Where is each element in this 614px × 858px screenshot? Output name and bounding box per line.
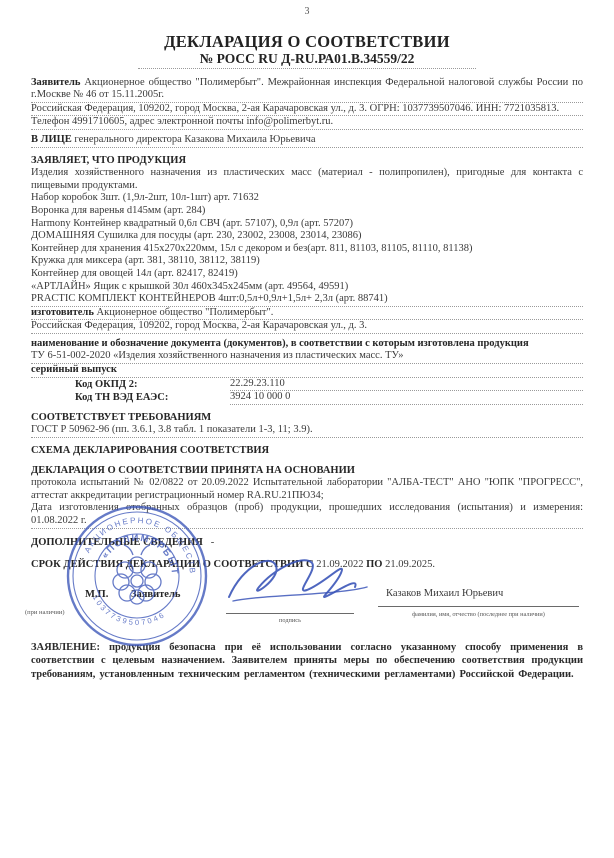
- product-item: PRACTIC КОМПЛЕКТ КОНТЕЙНЕРОВ 4шт:0,5л+0,…: [31, 293, 583, 307]
- signer-name-area: Казаков Михаил Юрьевич фамилия, имя, отч…: [378, 577, 583, 627]
- declaration-number: № РОСС RU Д-RU.РА01.В.34559/22: [138, 51, 477, 69]
- product-item: Harmony Контейнер квадратный 0,6л СВЧ (а…: [31, 218, 583, 231]
- product-description: Изделия хозяйственного назначения из пла…: [31, 167, 583, 192]
- mp-note: (при наличии): [25, 607, 65, 620]
- okpd-code-value: 22.29.23.110: [230, 378, 583, 392]
- manufacturer-name: Акционерное общество "Полимербыт".: [97, 307, 274, 318]
- signer-name: Казаков Михаил Юрьевич: [378, 577, 583, 601]
- applicant-contacts: Телефон 4991710605, адрес электронной по…: [31, 116, 583, 130]
- manufacturer-label: изготовитель: [31, 307, 94, 318]
- additional-info-value: -: [211, 537, 215, 548]
- applicant-label: Заявитель: [31, 77, 80, 88]
- document-basis-value: ТУ 6-51-002-2020 «Изделия хозяйственного…: [31, 350, 583, 364]
- product-item: Кружка для миксера (арт. 381, 38110, 381…: [31, 255, 583, 268]
- signer-name-caption: фамилия, имя, отчество (последнее при на…: [378, 609, 579, 622]
- basis-protocol: протокола испытаний № 02/0822 от 20.09.2…: [31, 477, 583, 502]
- scheme-heading: СХЕМА ДЕКЛАРИРОВАНИЯ СООТВЕТСТВИЯ: [31, 445, 583, 458]
- signer-name-line: [378, 606, 579, 607]
- declares-heading: ЗАЯВЛЯЕТ, ЧТО ПРОДУКЦИЯ: [31, 155, 583, 168]
- company-round-stamp: АКЦИОНЕРНОЕ ОБЩЕСТВО 1037739507046 «ПОЛИ…: [64, 503, 210, 649]
- product-item: Набор коробок 3шт. (1,9л-2шт, 10л-1шт) а…: [31, 192, 583, 205]
- declaration-number-row: № РОСС RU Д-RU.РА01.В.34559/22: [31, 51, 583, 69]
- product-item: Контейнер для хранения 415х270х220мм, 15…: [31, 243, 583, 256]
- document-title: ДЕКЛАРАЦИЯ О СООТВЕТСТВИИ: [31, 33, 583, 51]
- serial-release-label: серийный выпуск: [31, 364, 583, 378]
- product-list: Набор коробок 3шт. (1,9л-2шт, 10л-1шт) а…: [31, 192, 583, 306]
- applicant-address: Российская Федерация, 109202, город Моск…: [31, 103, 583, 117]
- validity-date-to: 21.09.2025.: [385, 559, 435, 570]
- svg-text:1037739507046: 1037739507046: [91, 593, 168, 627]
- okpd-code-label: Код ОКПД 2:: [75, 379, 230, 392]
- stamp-ring-text-bottom: 1037739507046: [91, 593, 168, 627]
- signature-caption: подпись: [226, 615, 354, 628]
- declaration-document-page: 3 ДЕКЛАРАЦИЯ О СООТВЕТСТВИИ № РОСС RU Д-…: [0, 0, 614, 858]
- represented-by-label: В ЛИЦЕ: [31, 134, 72, 145]
- compliance-value: ГОСТ Р 50962-96 (пп. 3.6.1, 3.8 табл. 1 …: [31, 424, 583, 438]
- manufacturer-address: Российская Федерация, 109202, город Моск…: [31, 320, 583, 334]
- product-item: «АРТЛАЙН» Ящик с крышкой 30л 460х345х245…: [31, 281, 583, 294]
- document-basis-heading: наименование и обозначение документа (до…: [31, 338, 583, 351]
- applicant-field: Заявитель Акционерное общество "Полимерб…: [31, 77, 583, 103]
- page-number: 3: [31, 6, 583, 19]
- tnved-code-label: Код ТН ВЭД ЕАЭС:: [75, 392, 230, 405]
- handwritten-signature: [219, 551, 379, 615]
- product-item: Воронка для варенья d145мм (арт. 284): [31, 205, 583, 218]
- represented-by-text: генерального директора Казакова Михаила …: [74, 134, 315, 145]
- represented-by-field: В ЛИЦЕ генерального директора Казакова М…: [31, 134, 583, 148]
- product-item: Контейнер для овощей 14л (арт. 82417, 82…: [31, 268, 583, 281]
- basis-heading: ДЕКЛАРАЦИЯ О СООТВЕТСТВИИ ПРИНЯТА НА ОСН…: [31, 465, 583, 478]
- applicant-text: Акционерное общество "Полимербыт". Межра…: [31, 77, 583, 101]
- okpd-code-row: Код ОКПД 2: 22.29.23.110: [31, 378, 583, 392]
- codes-block: Код ОКПД 2: 22.29.23.110 Код ТН ВЭД ЕАЭС…: [31, 378, 583, 405]
- title-block: ДЕКЛАРАЦИЯ О СООТВЕТСТВИИ № РОСС RU Д-RU…: [31, 33, 583, 69]
- tnved-code-row: Код ТН ВЭД ЕАЭС: 3924 10 000 0: [31, 391, 583, 405]
- manufacturer-field: изготовитель Акционерное общество "Полим…: [31, 307, 583, 321]
- tnved-code-value: 3924 10 000 0: [230, 391, 583, 405]
- compliance-heading: СООТВЕТСТВУЕТ ТРЕБОВАНИЯМ: [31, 412, 583, 425]
- product-item: ДОМАШНЯЯ Сушилка для посуды (арт. 230, 2…: [31, 230, 583, 243]
